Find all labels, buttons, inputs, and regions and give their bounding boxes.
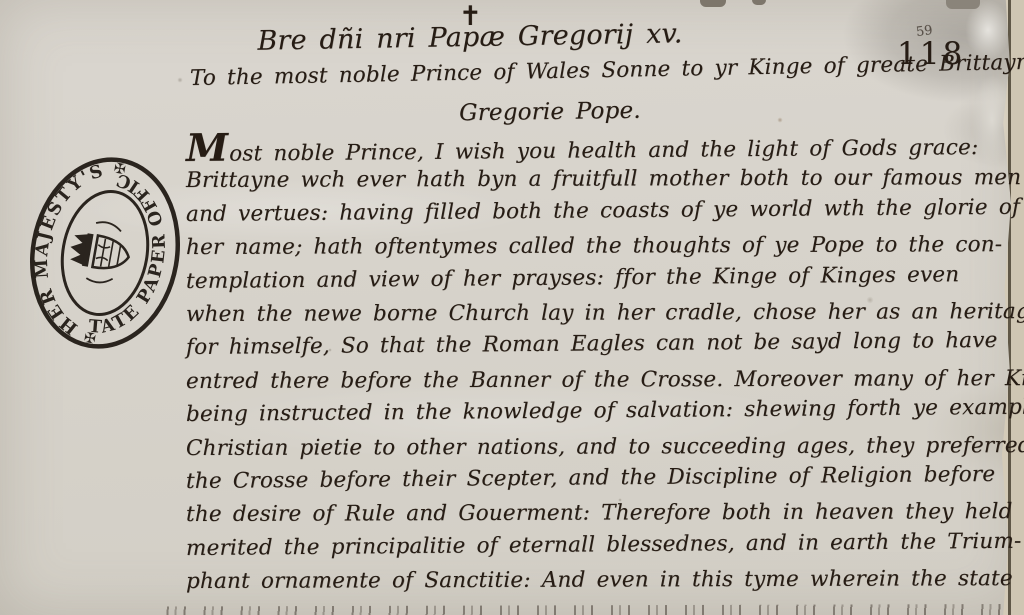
archive-stamp: HER MAJESTY'S STATE PAPER OFFICE ✠ ✠ bbox=[4, 140, 206, 366]
body-line: phant ornamente of Sanctitie: And even i… bbox=[186, 562, 1022, 598]
body-line: the Crosse before their Scepter, and the… bbox=[186, 458, 1022, 499]
body-line: Most noble Prince, I wish you health and… bbox=[186, 124, 1022, 165]
cutoff-text-line bbox=[160, 602, 1010, 615]
body-line: being instructed in the knowledge of sal… bbox=[186, 391, 1022, 432]
letter-body: Most noble Prince, I wish you health and… bbox=[186, 131, 1022, 598]
paper-nick bbox=[946, 0, 980, 9]
manuscript-page: ✝ Bre dñi nri Papæ Gregorij xv. 59 118 T… bbox=[0, 0, 1024, 615]
address-line: To the most noble Prince of Wales Sonne … bbox=[190, 50, 1024, 91]
body-line: and vertues: having filled both the coas… bbox=[186, 190, 1022, 231]
body-line: merited the principalitie of eternall bl… bbox=[186, 524, 1022, 565]
paper-nick bbox=[700, 0, 726, 7]
sender-line: Gregorie Pope. bbox=[400, 97, 700, 127]
body-line: for himselfe, So that the Roman Eagles c… bbox=[186, 324, 1022, 365]
paper-nick bbox=[752, 0, 766, 5]
royal-arms-emblem bbox=[66, 217, 134, 287]
latin-heading: Bre dñi nri Papæ Gregorij xv. bbox=[240, 18, 700, 57]
body-line: templation and view of her prayses: ffor… bbox=[186, 257, 1022, 298]
